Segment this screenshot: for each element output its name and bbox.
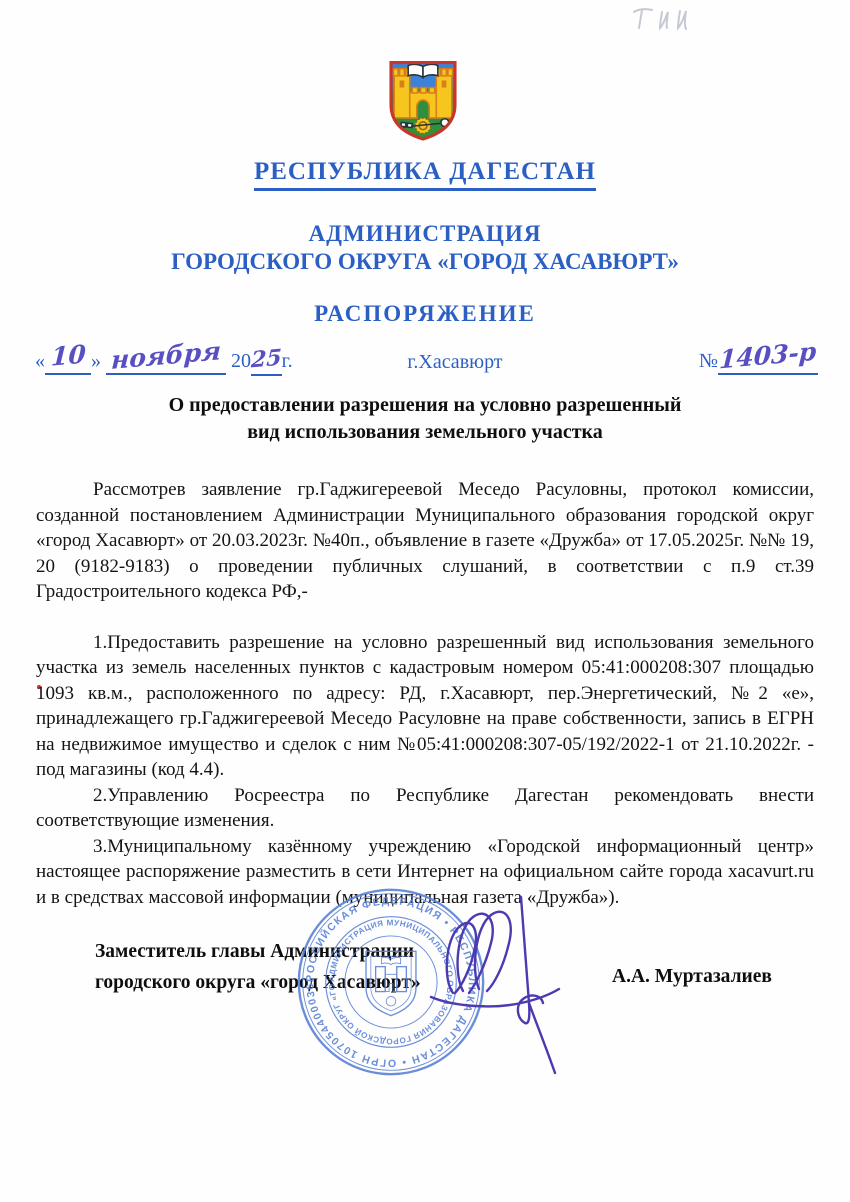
handwritten-signature — [425, 885, 585, 1080]
item-1-paragraph: 1.Предоставить разрешение на условно раз… — [36, 630, 814, 783]
number-label: № — [699, 350, 718, 372]
handwritten-day: 10 — [50, 344, 86, 367]
city-label: г.Хасавюрт — [385, 351, 525, 374]
document-title-line2: вид использования земельного участка — [0, 419, 850, 446]
handwritten-number: 1403-р — [719, 342, 817, 371]
year-prefix: 20 — [231, 350, 251, 372]
republic-heading-text: РЕСПУБЛИКА ДАГЕСТАН — [254, 158, 596, 191]
year-suffix: г. — [282, 350, 293, 372]
quote-open: « — [35, 350, 45, 372]
document-title-line1: О предоставлении разрешения на условно р… — [0, 392, 850, 419]
quote-close: » — [91, 350, 101, 372]
date-field: «10» ноября 2025г. — [35, 349, 293, 376]
day-slot: 10 — [45, 349, 91, 375]
handwritten-month: ноября — [111, 341, 222, 371]
stamp-shield-icon — [366, 951, 416, 1015]
document-title: О предоставлении разрешения на условно р… — [0, 392, 850, 446]
month-slot: ноября — [106, 349, 226, 375]
republic-heading: РЕСПУБЛИКА ДАГЕСТАН — [0, 158, 850, 191]
org-heading-line1: АДМИНИСТРАЦИЯ — [0, 221, 850, 247]
coat-of-arms-icon — [384, 57, 462, 143]
document-body: Рассмотрев заявление гр.Гаджигереевой Ме… — [36, 477, 814, 910]
handwritten-year: 25 — [251, 348, 283, 371]
number-slot: 1403-р — [718, 349, 818, 375]
document-page: РЕСПУБЛИКА ДАГЕСТАН АДМИНИСТРАЦИЯ ГОРОДС… — [0, 0, 850, 1202]
doc-type-heading: РАСПОРЯЖЕНИЕ — [0, 301, 850, 327]
signatory-name: А.А. Муртазалиев — [612, 966, 772, 988]
dateline: «10» ноября 2025г. г.Хасавюрт №1403-р — [0, 349, 850, 383]
org-heading-line2: ГОРОДСКОГО ОКРУГА «ГОРОД ХАСАВЮРТ» — [0, 249, 850, 275]
item-2-paragraph: 2.Управлению Росреестра по Республике Да… — [36, 783, 814, 834]
pencil-mark — [628, 2, 718, 36]
year-slot: 25 — [251, 350, 282, 376]
preamble-paragraph: Рассмотрев заявление гр.Гаджигереевой Ме… — [36, 477, 814, 605]
number-field: №1403-р — [699, 349, 818, 375]
